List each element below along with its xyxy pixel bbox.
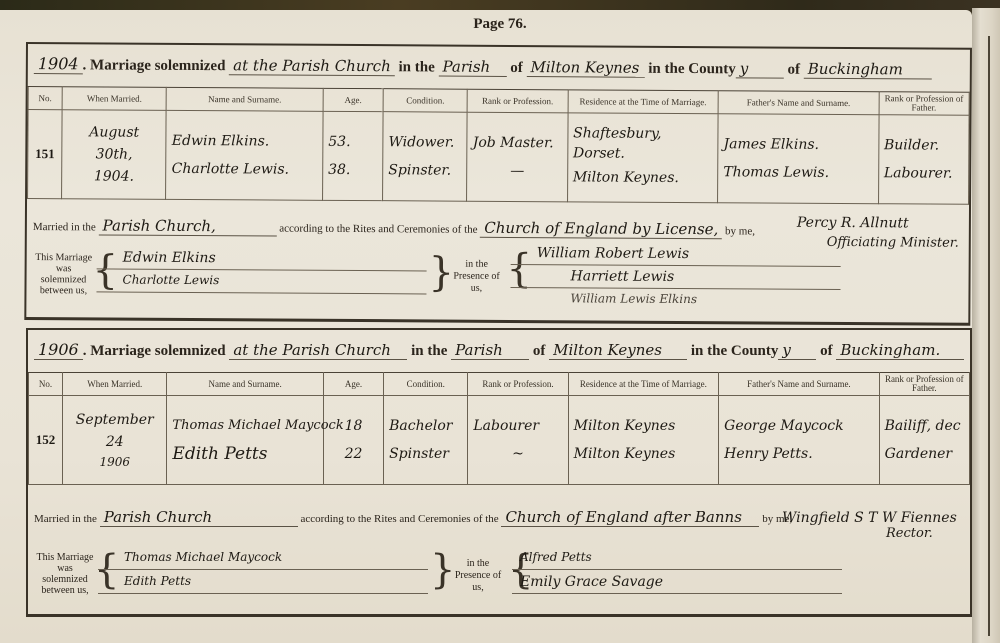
ages: 18 22 [323, 396, 383, 485]
fathers-names: George Maycock Henry Petts. [719, 396, 880, 485]
bride-signature: Edith Petts [98, 574, 428, 594]
entry-heading: 1906. Marriage solemnized at the Parish … [34, 340, 964, 360]
officiant-signature: Percy R. Allnutt [797, 215, 909, 232]
table-row: 152 September 24 1906 Thomas Michael May… [29, 396, 970, 485]
entry-place: at the Parish Church [229, 56, 395, 76]
marriage-date: September 24 1906 [63, 396, 167, 485]
col-condition: Condition. [384, 373, 468, 396]
conditions: Widower. Spinster. [383, 112, 468, 202]
col-name: Name and Surname. [167, 87, 324, 111]
rites: Church of England after Banns [501, 508, 759, 527]
fathers-ranks: Bailiff, dec Gardener [879, 396, 969, 485]
col-age: Age. [323, 373, 383, 396]
entry-parish: Milton Keynes [526, 58, 644, 78]
residences: Milton Keynes Milton Keynes [568, 396, 718, 485]
col-when-married: When Married. [62, 87, 166, 111]
page-number: Page 76. [0, 16, 1000, 33]
entry-place: at the Parish Church [229, 341, 407, 360]
entry-heading: 1904. Marriage solemnized at the Parish … [34, 54, 932, 79]
entry-year: 1906 [34, 340, 83, 360]
groom-name: Thomas Michael Maycock [172, 412, 317, 440]
col-when-married: When Married. [63, 373, 167, 396]
col-rank: Rank or Profession. [467, 89, 567, 113]
col-age: Age. [323, 88, 383, 111]
table-row: 151 August 30th, 1904. Edwin Elkins. Cha… [28, 110, 970, 205]
entry-year: 1904 [34, 54, 83, 74]
col-no: No. [28, 87, 62, 110]
entry-parish-type: Parish [438, 58, 506, 77]
witness-signature: Emily Grace Savage [512, 574, 842, 594]
fathers-ranks: Builder. Labourer. [878, 115, 969, 205]
col-father-name: Father's Name and Surname. [719, 373, 880, 396]
officiant-signature: Wingfield S T W Fiennes [782, 510, 957, 526]
solemnized-between-label: This Marriage was solemnized between us, [34, 552, 96, 596]
entry-parish-type: Parish [451, 341, 529, 360]
witness-signature: Alfred Petts [512, 550, 842, 570]
married-in-line: Married in the Parish Church, according … [33, 216, 755, 239]
married-in-line: Married in the Parish Church according t… [34, 508, 792, 527]
groom-signature: Edwin Elkins [97, 249, 427, 271]
officiant-title: Rector. [886, 526, 933, 541]
ranks: Labourer ~ [468, 396, 568, 485]
witness-signature: William Robert Lewis [511, 245, 841, 267]
col-name: Name and Surname. [167, 373, 323, 396]
solemnized-between-label: This Marriage was solemnized between us, [32, 252, 94, 296]
col-residence: Residence at the Time of Marriage. [568, 90, 719, 114]
entry-county: Buckingham [804, 60, 932, 80]
ages: 53. 38. [322, 111, 383, 200]
names: Edwin Elkins. Charlotte Lewis. [166, 110, 323, 200]
entry-number: 151 [28, 110, 63, 199]
groom-name: Edwin Elkins. [172, 127, 318, 156]
col-father-name: Father's Name and Surname. [718, 91, 879, 115]
bride-signature: Charlotte Lewis [96, 272, 426, 294]
next-page-edge [972, 8, 1000, 643]
rites: Church of England by License, [480, 219, 722, 239]
ranks: Job Master. — [467, 112, 568, 202]
col-rank: Rank or Profession. [468, 373, 568, 396]
col-no: No. [29, 373, 63, 396]
marriage-entry-152: 1906. Marriage solemnized at the Parish … [26, 328, 972, 617]
col-father-rank: Rank or Profession of Father. [879, 92, 969, 116]
col-father-rank: Rank or Profession of Father. [879, 373, 969, 396]
bride-name: Charlotte Lewis. [172, 155, 318, 184]
officiant-title: Officiating Minister. [827, 235, 959, 251]
fathers-names: James Elkins. Thomas Lewis. [718, 114, 879, 204]
presence-label: in the Presence of us, [446, 259, 506, 295]
married-in-place: Parish Church [100, 508, 298, 527]
col-residence: Residence at the Time of Marriage. [568, 373, 718, 396]
residences: Shaftesbury, Dorset. Milton Keynes. [567, 113, 718, 203]
marriage-date: August 30th, 1904. [62, 110, 167, 200]
col-condition: Condition. [383, 89, 467, 113]
register-table: No. When Married. Name and Surname. Age.… [27, 86, 970, 205]
groom-signature: Thomas Michael Maycock [98, 550, 428, 570]
presence-label: in the Presence of us, [448, 558, 508, 594]
marriage-entry-151: 1904. Marriage solemnized at the Parish … [24, 42, 972, 326]
entry-parish: Milton Keynes [549, 341, 687, 360]
names: Thomas Michael Maycock Edith Petts [167, 396, 323, 485]
entry-number: 152 [29, 396, 63, 485]
conditions: Bachelor Spinster [384, 396, 468, 485]
witness-signature: William Lewis Elkins [510, 291, 840, 313]
married-in-place: Parish Church, [99, 216, 277, 236]
register-table: No. When Married. Name and Surname. Age.… [28, 372, 970, 485]
bride-name: Edith Petts [172, 440, 317, 468]
witness-signature: Harriett Lewis [511, 268, 841, 290]
entry-county: Buckingham. [836, 341, 964, 360]
